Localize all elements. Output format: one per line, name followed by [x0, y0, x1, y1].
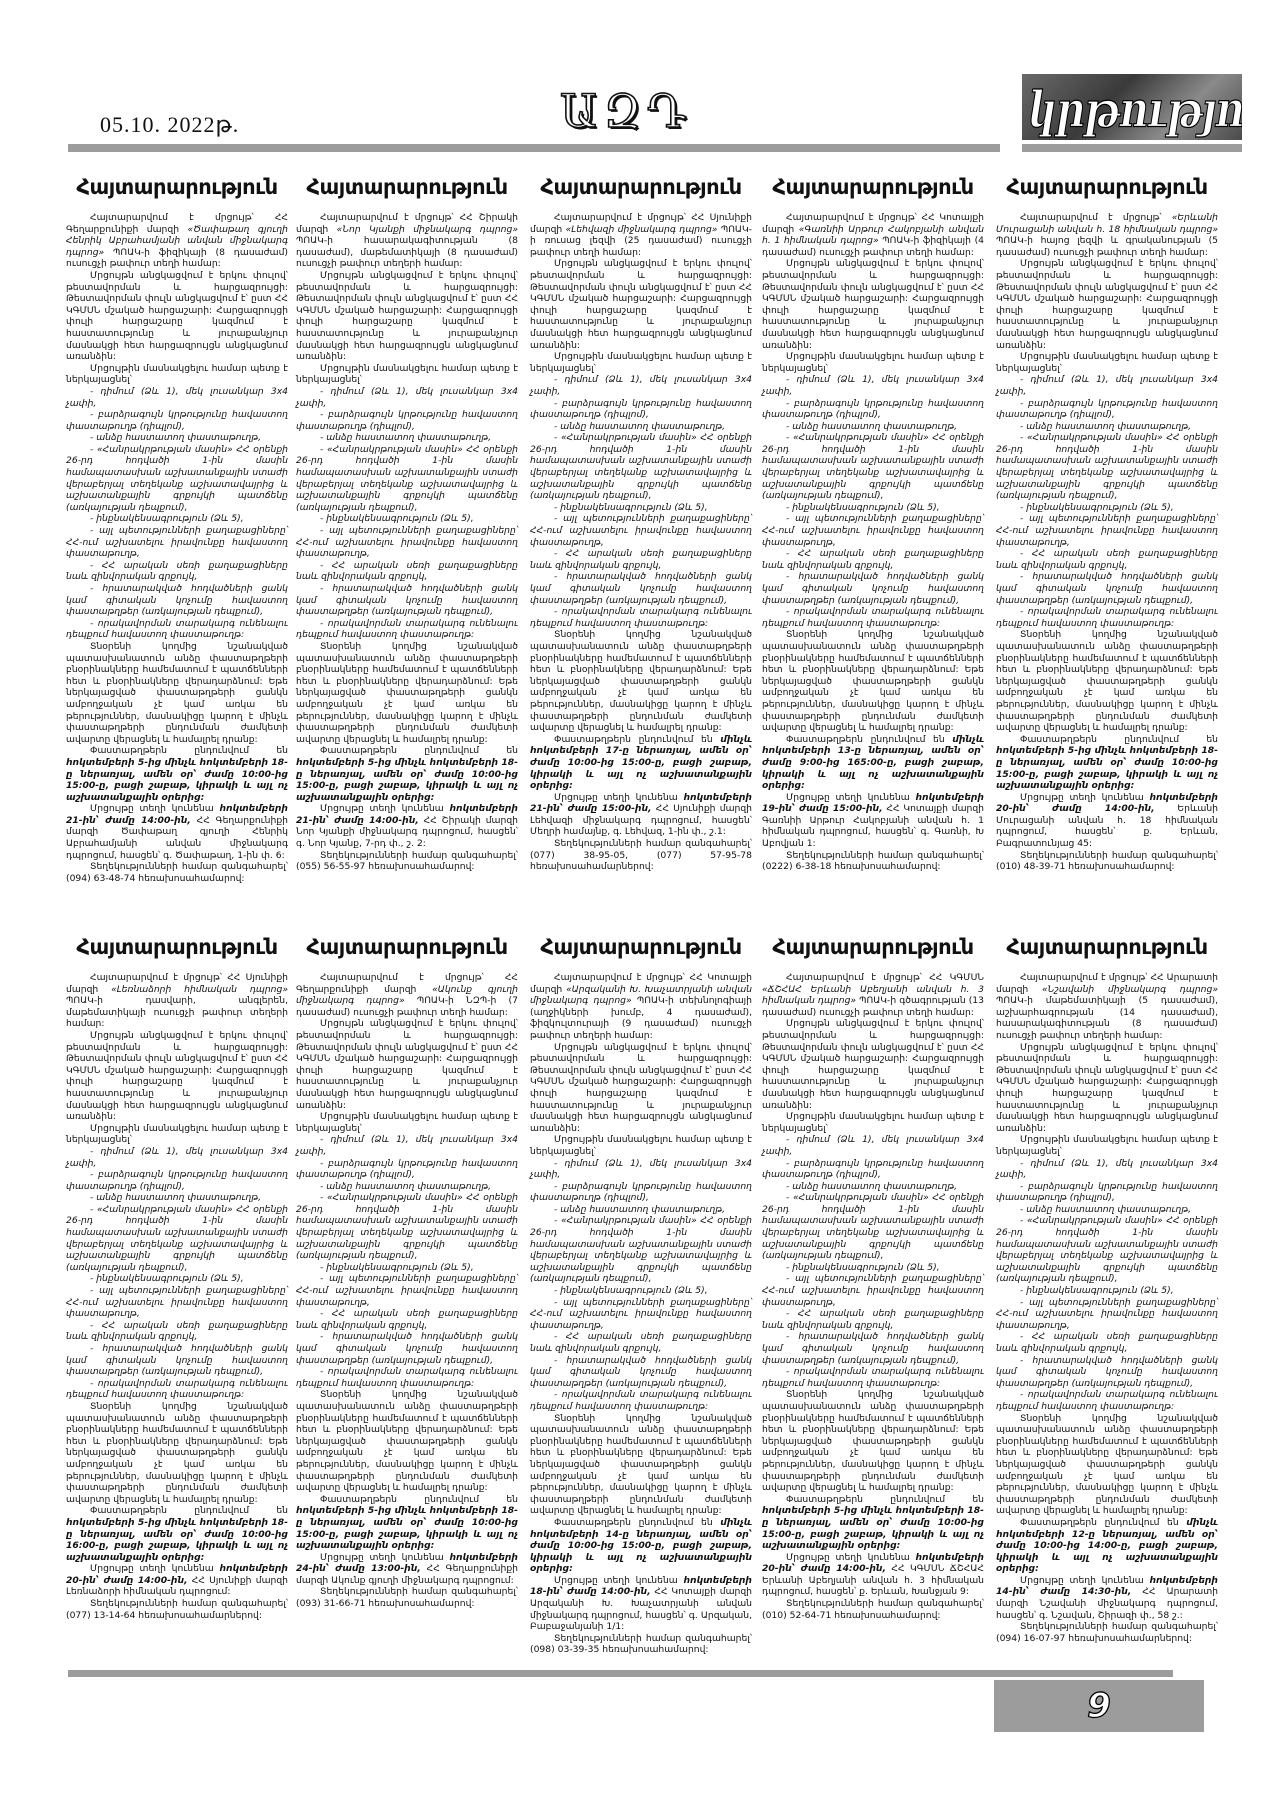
- copies-text: Տնօրենի կողմից նշանակված պատասխանատուն ա…: [996, 629, 1218, 733]
- announcement-intro: Հայտարարվում է մրցույթ՝ «Երևանի Մուրացան…: [996, 212, 1218, 258]
- docs-item: - «Հանրակրթության մասին» ՀՀ օրենքի 26-րդ…: [296, 444, 518, 514]
- docs-item: - անձը հաստատող փաստաթուղթ,: [296, 432, 518, 444]
- venue-text: Մրցույթը տեղի կունենա հոկտեմբերի 19-ին՝ …: [762, 792, 984, 850]
- docs-item: - այլ պետությունների քաղաքացիները՝ ՀՀ-ու…: [762, 1273, 984, 1308]
- docs-item: - հրատարակված հոդվածների ցանկ կամ գիտակա…: [66, 583, 288, 618]
- accept-text: Փաստաթղթերն ընդունվում են հոկտեմբերի 5-ի…: [762, 1494, 984, 1552]
- docs-item: - ինքնակենսագրություն (Ձև 5),: [996, 502, 1218, 514]
- stages-text: Մրցույթն անցկացվում է երկու փուլով՝ թեստ…: [996, 258, 1218, 351]
- docs-item: - բարձրագույն կրթությունը հավաստող փաստա…: [996, 398, 1218, 421]
- docs-list: - դիմում (Ձև 1), մեկ լուսանկար 3x4 չափի,…: [296, 1134, 518, 1389]
- announcement-heading: Հայտարարություն: [762, 174, 984, 200]
- copies-text: Տնօրենի կողմից նշանակված պատասխանատուն ա…: [66, 1401, 288, 1505]
- announcement: Հայտարարություն Հայտարարվում է մրցույթ՝ …: [296, 934, 518, 1610]
- contact-text: Տեղեկությունների համար զանգահարել՝ (055)…: [296, 850, 518, 873]
- docs-item: - ինքնակենսագրություն (Ձև 5),: [996, 1285, 1218, 1297]
- announcement-heading: Հայտարարություն: [66, 934, 288, 960]
- docs-item: - այլ պետությունների քաղաքացիները՝ ՀՀ-ու…: [296, 525, 518, 560]
- announcement-intro: Հայտարարվում է մրցույթ՝ ՀՀ Արարատի մարզի…: [996, 972, 1218, 1042]
- docs-intro: Մրցույթին մասնակցելու համար պետք է ներկա…: [996, 1134, 1218, 1157]
- docs-item: - բարձրագույն կրթությունը հավաստող փաստա…: [296, 409, 518, 432]
- docs-item: - բարձրագույն կրթությունը հավաստող փաստա…: [996, 1181, 1218, 1204]
- announcement-intro: Հայտարարվում է մրցույթ՝ ՀՀ Կոտայքի մարզի…: [530, 972, 752, 1042]
- docs-item: - ՀՀ արական սեռի քաղաքացիները նաև զինվոր…: [996, 1331, 1218, 1354]
- docs-list: - դիմում (Ձև 1), մեկ լուսանկար 3x4 չափի,…: [762, 1134, 984, 1389]
- docs-list: - դիմում (Ձև 1), մեկ լուսանկար 3x4 չափի,…: [996, 1158, 1218, 1413]
- announcement-heading: Հայտարարություն: [66, 174, 288, 200]
- docs-item: - «Հանրակրթության մասին» ՀՀ օրենքի 26-րդ…: [762, 432, 984, 502]
- docs-item: - ՀՀ արական սեռի քաղաքացիները նաև զինվոր…: [762, 548, 984, 571]
- docs-item: - ՀՀ արական սեռի քաղաքացիները նաև զինվոր…: [762, 1308, 984, 1331]
- docs-item: - դիմում (Ձև 1), մեկ լուսանկար 3x4 չափի,: [530, 374, 752, 397]
- docs-list: - դիմում (Ձև 1), մեկ լուսանկար 3x4 չափի,…: [762, 374, 984, 629]
- docs-item: - հրատարակված հոդվածների ցանկ կամ գիտակա…: [296, 583, 518, 618]
- docs-item: - ՀՀ արական սեռի քաղաքացիները նաև զինվոր…: [296, 560, 518, 583]
- copies-text: Տնօրենի կողմից նշանակված պատասխանատուն ա…: [530, 629, 752, 733]
- accept-text: Փաստաթղթերն ընդունվում են հոկտեմբերի 5-ի…: [66, 745, 288, 803]
- docs-item: - այլ պետությունների քաղաքացիները՝ ՀՀ-ու…: [762, 513, 984, 548]
- contact-text: Տեղեկությունների համար զանգահարել՝ (010)…: [762, 1598, 984, 1621]
- announcement-heading: Հայտարարություն: [296, 174, 518, 200]
- docs-item: - ինքնակենսագրություն (Ձև 5),: [762, 1262, 984, 1274]
- copies-text: Տնօրենի կողմից նշանակված պատասխանատուն ա…: [762, 1389, 984, 1493]
- docs-item: - դիմում (Ձև 1), մեկ լուսանկար 3x4 չափի,: [66, 386, 288, 409]
- page-number-box: 9: [994, 1680, 1204, 1732]
- docs-list: - դիմում (Ձև 1), մեկ լուսանկար 3x4 չափի,…: [530, 374, 752, 629]
- docs-intro: Մրցույթին մասնակցելու համար պետք է ներկա…: [996, 351, 1218, 374]
- docs-item: - անձը հաստատող փաստաթուղթ,: [66, 432, 288, 444]
- docs-item: - ինքնակենսագրություն (Ձև 5),: [66, 513, 288, 525]
- contact-text: Տեղեկությունների համար զանգահարել՝ (077)…: [66, 1598, 288, 1621]
- accept-text: Փաստաթղթերն ընդունվում են հոկտեմբերի 5-ի…: [296, 745, 518, 803]
- contact-text: Տեղեկությունների համար զանգահարել՝ (010)…: [996, 850, 1218, 873]
- issue-date: 05.10. 2022թ.: [100, 112, 239, 138]
- docs-item: - ինքնակենսագրություն (Ձև 5),: [530, 502, 752, 514]
- docs-item: - անձը հաստատող փաստաթուղթ,: [996, 1204, 1218, 1216]
- docs-list: - դիմում (Ձև 1), մեկ լուսանկար 3x4 չափի,…: [66, 1146, 288, 1401]
- banner-divider: [1022, 144, 1242, 152]
- docs-item: - այլ պետությունների քաղաքացիները՝ ՀՀ-ու…: [66, 525, 288, 560]
- docs-item: - «Հանրակրթության մասին» ՀՀ օրենքի 26-րդ…: [996, 432, 1218, 502]
- docs-item: - անձը հաստատող փաստաթուղթ,: [762, 1181, 984, 1193]
- venue-text: Մրցույթը տեղի կունենա հոկտեմբերի 21-ին՝ …: [296, 803, 518, 849]
- docs-item: - որակավորման տարակարգ ունենալու դեպքում…: [996, 1389, 1218, 1412]
- stages-text: Մրցույթն անցկացվում է երկու փուլով՝ թեստ…: [296, 270, 518, 363]
- venue-text: Մրցույթը տեղի կունենա հոկտեմբերի 18-ին՝ …: [530, 1575, 752, 1633]
- docs-item: - անձը հաստատող փաստաթուղթ,: [66, 1192, 288, 1204]
- announcement-heading: Հայտարարություն: [996, 934, 1218, 960]
- announcement-intro: Հայտարարվում է մրցույթ՝ ՀՀ Շիրակի մարզի …: [296, 212, 518, 270]
- announcement-intro: Հայտարարվում է մրցույթ՝ ՀՀ Գեղարքունիքի …: [66, 212, 288, 270]
- stages-text: Մրցույթն անցկացվում է երկու փուլով՝ թեստ…: [66, 270, 288, 363]
- docs-item: - որակավորման տարակարգ ունենալու դեպքում…: [762, 1366, 984, 1389]
- docs-list: - դիմում (Ձև 1), մեկ լուսանկար 3x4 չափի,…: [66, 386, 288, 641]
- docs-item: - դիմում (Ձև 1), մեկ լուսանկար 3x4 չափի,: [296, 386, 518, 409]
- copies-text: Տնօրենի կողմից նշանակված պատասխանատուն ա…: [296, 1389, 518, 1493]
- venue-text: Մրցույթը տեղի կունենա հոկտեմբերի 14-ին՝ …: [996, 1575, 1218, 1621]
- announcement-heading: Հայտարարություն: [530, 934, 752, 960]
- docs-intro: Մրցույթին մասնակցելու համար պետք է ներկա…: [762, 1111, 984, 1134]
- accept-text: Փաստաթղթերն ընդունվում են հոկտեմբերի 5-ի…: [66, 1505, 288, 1563]
- docs-intro: Մրցույթին մասնակցելու համար պետք է ներկա…: [296, 1111, 518, 1134]
- docs-item: - ինքնակենսագրություն (Ձև 5),: [296, 513, 518, 525]
- docs-item: - այլ պետությունների քաղաքացիները՝ ՀՀ-ու…: [996, 513, 1218, 548]
- announcement: Հայտարարություն Հայտարարվում է մրցույթ՝ …: [996, 934, 1218, 1644]
- docs-item: - այլ պետությունների քաղաքացիները՝ ՀՀ-ու…: [66, 1285, 288, 1320]
- docs-item: - հրատարակված հոդվածների ցանկ կամ գիտակա…: [762, 571, 984, 606]
- docs-item: - բարձրագույն կրթությունը հավաստող փաստա…: [530, 1181, 752, 1204]
- stages-text: Մրցույթն անցկացվում է երկու փուլով՝ թեստ…: [996, 1042, 1218, 1135]
- docs-intro: Մրցույթին մասնակցելու համար պետք է ներկա…: [762, 351, 984, 374]
- docs-intro: Մրցույթին մասնակցելու համար պետք է ներկա…: [66, 363, 288, 386]
- copies-text: Տնօրենի կողմից նշանակված պատասխանատուն ա…: [296, 641, 518, 745]
- docs-item: - հրատարակված հոդվածների ցանկ կամ գիտակա…: [762, 1331, 984, 1366]
- announcement-heading: Հայտարարություն: [530, 174, 752, 200]
- accept-text: Փաստաթղթերն ընդունվում են հոկտեմբերի 5-ի…: [296, 1494, 518, 1552]
- docs-item: - որակավորման տարակարգ ունենալու դեպքում…: [996, 606, 1218, 629]
- docs-item: - ինքնակենսագրություն (Ձև 5),: [66, 1273, 288, 1285]
- docs-item: - որակավորման տարակարգ ունենալու դեպքում…: [296, 1366, 518, 1389]
- page-number: 9: [1087, 1686, 1111, 1726]
- docs-item: - «Հանրակրթության մասին» ՀՀ օրենքի 26-րդ…: [530, 1215, 752, 1285]
- announcement: Հայտարարություն Հայտարարվում է մրցույթ՝ …: [66, 934, 288, 1621]
- stages-text: Մրցույթն անցկացվում է երկու փուլով՝ թեստ…: [762, 258, 984, 351]
- docs-item: - «Հանրակրթության մասին» ՀՀ օրենքի 26-րդ…: [530, 432, 752, 502]
- docs-item: - ՀՀ արական սեռի քաղաքացիները նաև զինվոր…: [66, 560, 288, 583]
- docs-item: - դիմում (Ձև 1), մեկ լուսանկար 3x4 չափի,: [530, 1158, 752, 1181]
- announcement-intro: Հայտարարվում է մրցույթ՝ ՀՀ Կոտայքի մարզի…: [762, 212, 984, 258]
- announcement: Հայտարարություն Հայտարարվում է մրցույթ՝ …: [762, 174, 984, 873]
- accept-text: Փաստաթղթերն ընդունվում են մինչև հոկտեմբե…: [762, 734, 984, 792]
- contact-text: Տեղեկությունների համար զանգահարել՝ (094)…: [996, 1621, 1218, 1644]
- docs-item: - դիմում (Ձև 1), մեկ լուսանկար 3x4 չափի,: [296, 1134, 518, 1157]
- docs-item: - հրատարակված հոդվածների ցանկ կամ գիտակա…: [530, 1355, 752, 1390]
- docs-item: - դիմում (Ձև 1), մեկ լուսանկար 3x4 չափի,: [996, 1158, 1218, 1181]
- docs-item: - որակավորման տարակարգ ունենալու դեպքում…: [66, 618, 288, 641]
- copies-text: Տնօրենի կողմից նշանակված պատասխանատուն ա…: [762, 629, 984, 733]
- announcement: Հայտարարություն Հայտարարվում է մրցույթ՝ …: [296, 174, 518, 873]
- copies-text: Տնօրենի կողմից նշանակված պատասխանատուն ա…: [996, 1413, 1218, 1517]
- announcement-intro: Հայտարարվում է մրցույթ՝ ՀՀ ԿԳՄՍՆ «ՃՇՀԱՀ …: [762, 972, 984, 1018]
- docs-intro: Մրցույթին մասնակցելու համար պետք է ներկա…: [530, 1134, 752, 1157]
- contact-text: Տեղեկությունների համար զանգահարել՝ (098)…: [530, 1633, 752, 1656]
- stages-text: Մրցույթն անցկացվում է երկու փուլով՝ թեստ…: [530, 1042, 752, 1135]
- docs-item: - բարձրագույն կրթությունը հավաստող փաստա…: [296, 1158, 518, 1181]
- docs-item: - «Հանրակրթության մասին» ՀՀ օրենքի 26-րդ…: [762, 1192, 984, 1262]
- contact-text: Տեղեկությունների համար զանգահարել՝ (077)…: [530, 838, 752, 873]
- accept-text: Փաստաթղթերն ընդունվում են մինչև հոկտեմբե…: [530, 1517, 752, 1575]
- docs-item: - «Հանրակրթության մասին» ՀՀ օրենքի 26-րդ…: [996, 1215, 1218, 1285]
- docs-item: - անձը հաստատող փաստաթուղթ,: [530, 421, 752, 433]
- docs-item: - բարձրագույն կրթությունը հավաստող փաստա…: [530, 398, 752, 421]
- docs-item: - այլ պետությունների քաղաքացիները՝ ՀՀ-ու…: [530, 513, 752, 548]
- stages-text: Մրցույթն անցկացվում է երկու փուլով՝ թեստ…: [296, 1018, 518, 1111]
- header-divider: [68, 144, 1000, 152]
- docs-list: - դիմում (Ձև 1), մեկ լուսանկար 3x4 չափի,…: [996, 374, 1218, 629]
- stages-text: Մրցույթն անցկացվում է երկու փուլով՝ թեստ…: [530, 258, 752, 351]
- docs-item: - դիմում (Ձև 1), մեկ լուսանկար 3x4 չափի,: [762, 374, 984, 397]
- docs-intro: Մրցույթին մասնակցելու համար պետք է ներկա…: [530, 351, 752, 374]
- docs-intro: Մրցույթին մասնակցելու համար պետք է ներկա…: [66, 1123, 288, 1146]
- announcement-heading: Հայտարարություն: [996, 174, 1218, 200]
- docs-item: - ՀՀ արական սեռի քաղաքացիները նաև զինվոր…: [66, 1320, 288, 1343]
- venue-text: Մրցույթը տեղի կունենա հոկտեմբերի 21-ին՝ …: [66, 803, 288, 861]
- contact-text: Տեղեկությունների համար զանգահարել՝ (093)…: [296, 1586, 518, 1609]
- docs-list: - դիմում (Ձև 1), մեկ լուսանկար 3x4 չափի,…: [296, 386, 518, 641]
- docs-intro: Մրցույթին մասնակցելու համար պետք է ներկա…: [296, 363, 518, 386]
- copies-text: Տնօրենի կողմից նշանակված պատասխանատուն ա…: [530, 1413, 752, 1517]
- docs-item: - դիմում (Ձև 1), մեկ լուսանկար 3x4 չափի,: [996, 374, 1218, 397]
- announcement: Հայտարարություն Հայտարարվում է մրցույթ՝ …: [762, 934, 984, 1621]
- docs-item: - անձը հաստատող փաստաթուղթ,: [996, 421, 1218, 433]
- docs-item: - բարձրագույն կրթությունը հավաստող փաստա…: [762, 398, 984, 421]
- docs-item: - ՀՀ արական սեռի քաղաքացիները նաև զինվոր…: [530, 1331, 752, 1354]
- copies-text: Տնօրենի կողմից նշանակված պատասխանատուն ա…: [66, 641, 288, 745]
- docs-item: - ինքնակենսագրություն (Ձև 5),: [762, 502, 984, 514]
- docs-item: - «Հանրակրթության մասին» ՀՀ օրենքի 26-րդ…: [66, 444, 288, 514]
- announcement: Հայտարարություն Հայտարարվում է մրցույթ՝ …: [530, 174, 752, 873]
- venue-text: Մրցույթը տեղի կունենա հոկտեմբերի 24-ին՝ …: [296, 1552, 518, 1587]
- docs-item: - որակավորման տարակարգ ունենալու դեպքում…: [296, 618, 518, 641]
- docs-item: - դիմում (Ձև 1), մեկ լուսանկար 3x4 չափի,: [66, 1146, 288, 1169]
- docs-item: - այլ պետությունների քաղաքացիները՝ ՀՀ-ու…: [296, 1273, 518, 1308]
- docs-list: - դիմում (Ձև 1), մեկ լուսանկար 3x4 չափի,…: [530, 1158, 752, 1413]
- stages-text: Մրցույթն անցկացվում է երկու փուլով՝ թեստ…: [66, 1030, 288, 1123]
- docs-item: - բարձրագույն կրթությունը հավաստող փաստա…: [762, 1158, 984, 1181]
- docs-item: - ՀՀ արական սեռի քաղաքացիները նաև զինվոր…: [296, 1308, 518, 1331]
- docs-item: - այլ պետությունների քաղաքացիները՝ ՀՀ-ու…: [996, 1297, 1218, 1332]
- footer-divider: [68, 1670, 1173, 1677]
- announcement-intro: Հայտարարվում է մրցույթ՝ ՀՀ Սյունիքի մարզ…: [530, 212, 752, 258]
- docs-item: - բարձրագույն կրթությունը հավաստող փաստա…: [66, 409, 288, 432]
- docs-item: - դիմում (Ձև 1), մեկ լուսանկար 3x4 չափի,: [762, 1134, 984, 1157]
- newspaper-logo: ԱԶԴ: [560, 84, 692, 138]
- announcement: Հայտարարություն Հայտարարվում է մրցույթ՝ …: [66, 174, 288, 884]
- announcement-heading: Հայտարարություն: [296, 934, 518, 960]
- venue-text: Մրցույթը տեղի կունենա հոկտեմբերի 21-ին՝ …: [530, 792, 752, 838]
- docs-item: - անձը հաստատող փաստաթուղթ,: [530, 1204, 752, 1216]
- venue-text: Մրցույթը տեղի կունենա հոկտեմբերի 20-ին՝ …: [762, 1552, 984, 1598]
- announcement-heading: Հայտարարություն: [762, 934, 984, 960]
- docs-item: - անձը հաստատող փաստաթուղթ,: [296, 1181, 518, 1193]
- docs-item: - անձը հաստատող փաստաթուղթ,: [762, 421, 984, 433]
- section-banner: կրթություն: [1022, 74, 1242, 140]
- venue-text: Մրցույթը տեղի կունենա հոկտեմբերի 20-ին՝ …: [996, 792, 1218, 850]
- announcement-intro: Հայտարարվում է մրցույթ՝ ՀՀ Գեղարքունիքի …: [296, 972, 518, 1018]
- docs-item: - որակավորման տարակարգ ունենալու դեպքում…: [530, 606, 752, 629]
- docs-item: - այլ պետությունների քաղաքացիները՝ ՀՀ-ու…: [530, 1297, 752, 1332]
- docs-item: - հրատարակված հոդվածների ցանկ կամ գիտակա…: [996, 1355, 1218, 1390]
- docs-item: - որակավորման տարակարգ ունենալու դեպքում…: [762, 606, 984, 629]
- accept-text: Փաստաթղթերն ընդունվում են մինչև հոկտեմբե…: [996, 1517, 1218, 1575]
- docs-item: - ՀՀ արական սեռի քաղաքացիները նաև զինվոր…: [996, 548, 1218, 571]
- docs-item: - որակավորման տարակարգ ունենալու դեպքում…: [66, 1378, 288, 1401]
- docs-item: - «Հանրակրթության մասին» ՀՀ օրենքի 26-րդ…: [296, 1192, 518, 1262]
- docs-item: - հրատարակված հոդվածների ցանկ կամ գիտակա…: [296, 1331, 518, 1366]
- announcement: Հայտարարություն Հայտարարվում է մրցույթ՝ …: [996, 174, 1218, 873]
- contact-text: Տեղեկությունների համար զանգահարել՝ (0222…: [762, 850, 984, 873]
- contact-text: Տեղեկությունների համար զանգահարել՝ (094)…: [66, 861, 288, 884]
- announcement-intro: Հայտարարվում է մրցույթ՝ ՀՀ Սյունիքի մարզ…: [66, 972, 288, 1030]
- docs-item: - «Հանրակրթության մասին» ՀՀ օրենքի 26-րդ…: [66, 1204, 288, 1274]
- docs-item: - բարձրագույն կրթությունը հավաստող փաստա…: [66, 1169, 288, 1192]
- docs-item: - հրատարակված հոդվածների ցանկ կամ գիտակա…: [996, 571, 1218, 606]
- section-title: կրթություն: [1028, 80, 1242, 139]
- docs-item: - հրատարակված հոդվածների ցանկ կամ գիտակա…: [66, 1343, 288, 1378]
- venue-text: Մրցույթը տեղի կունենա հոկտեմբերի 20-ին՝ …: [66, 1563, 288, 1598]
- docs-item: - ինքնակենսագրություն (Ձև 5),: [296, 1262, 518, 1274]
- stages-text: Մրցույթն անցկացվում է երկու փուլով՝ թեստ…: [762, 1018, 984, 1111]
- docs-item: - ինքնակենսագրություն (Ձև 5),: [530, 1285, 752, 1297]
- announcement: Հայտարարություն Հայտարարվում է մրցույթ՝ …: [530, 934, 752, 1656]
- docs-item: - ՀՀ արական սեռի քաղաքացիները նաև զինվոր…: [530, 548, 752, 571]
- docs-item: - որակավորման տարակարգ ունենալու դեպքում…: [530, 1389, 752, 1412]
- docs-item: - հրատարակված հոդվածների ցանկ կամ գիտակա…: [530, 571, 752, 606]
- accept-text: Փաստաթղթերն ընդունվում են հոկտեմբերի 5-ի…: [996, 734, 1218, 792]
- accept-text: Փաստաթղթերն ընդունվում են մինչև հոկտեմբե…: [530, 734, 752, 792]
